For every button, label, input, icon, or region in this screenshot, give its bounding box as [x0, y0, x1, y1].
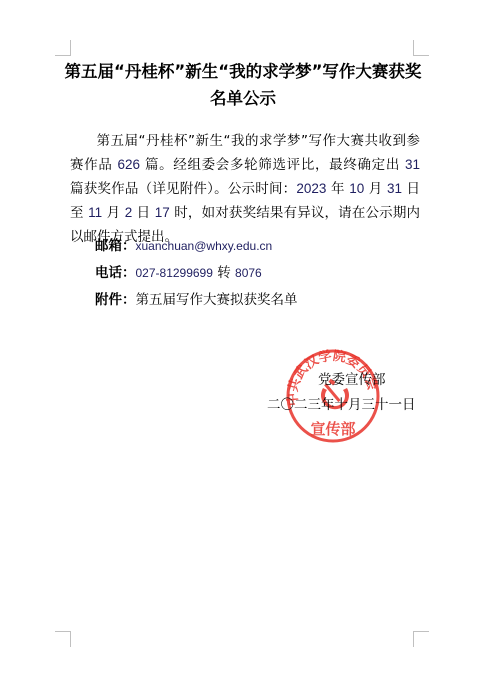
- signature-department: 党委宣传部: [318, 368, 386, 388]
- announcement-paragraph: 第五届“丹桂杯”新生“我的求学梦”写作大赛共收到参赛作品 626 篇。经组委会多…: [70, 129, 420, 249]
- attachment-label: 附件：: [95, 292, 136, 308]
- start-month: 10: [349, 181, 364, 196]
- contact-phone: 电话：027-81299699 转 8076: [95, 263, 262, 283]
- email-label: 邮箱：: [95, 238, 136, 254]
- page-corner-mark-top-left: [55, 40, 71, 56]
- page-corner-mark-bottom-left: [55, 631, 71, 647]
- page-corner-mark-bottom-right: [413, 631, 429, 647]
- signature-date: 二〇二三年十月三十一日: [267, 393, 416, 413]
- body-text: 篇。经组委会多轮筛选评比，最终确定出: [140, 157, 405, 173]
- phone-label: 电话：: [95, 265, 136, 281]
- body-text: 月: [102, 205, 125, 221]
- start-day: 31: [387, 181, 402, 196]
- document-title-line-1: 第五届“丹桂杯”新生“我的求学梦”写作大赛获奖: [40, 58, 446, 82]
- body-text: 篇获奖作品（详见附件）。公示时间：: [70, 181, 296, 197]
- body-text: 月: [364, 181, 387, 197]
- contact-email: 邮箱：xuanchuan@whxy.edu.cn: [95, 236, 272, 256]
- phone-extension: 8076: [235, 266, 262, 280]
- end-hour: 17: [155, 205, 170, 220]
- attachment: 附件：第五届写作大赛拟获奖名单: [95, 290, 298, 310]
- svg-text:宣传部: 宣传部: [310, 420, 355, 438]
- document-title-line-2: 名单公示: [40, 85, 446, 109]
- body-text: 年: [326, 181, 349, 197]
- phone-ext-label: 转: [213, 265, 235, 281]
- entry-count: 626: [117, 157, 140, 172]
- award-count: 31: [405, 157, 420, 172]
- end-month: 11: [88, 205, 102, 220]
- attachment-name[interactable]: 第五届写作大赛拟获奖名单: [136, 292, 298, 308]
- phone-number: 027-81299699: [136, 266, 213, 280]
- year: 2023: [296, 181, 326, 196]
- email-link[interactable]: xuanchuan@whxy.edu.cn: [136, 239, 273, 253]
- page-corner-mark-top-right: [413, 40, 429, 56]
- body-text: 日: [132, 205, 155, 221]
